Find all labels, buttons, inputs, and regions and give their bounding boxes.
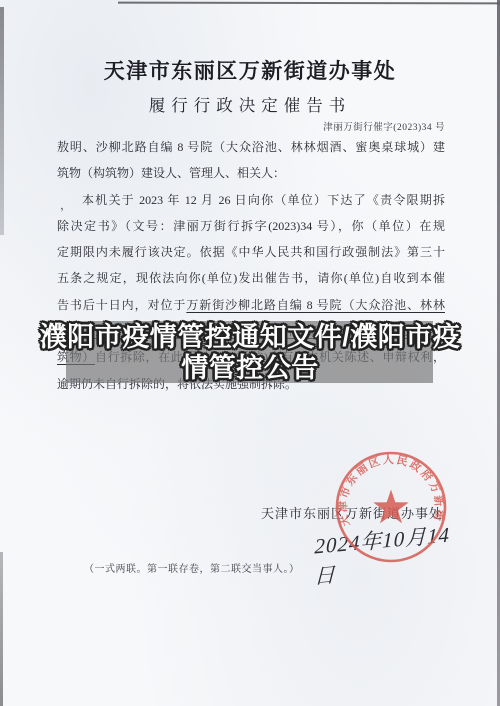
watermark-caption-line2: 情管控公告 <box>0 353 500 384</box>
official-seal-stamp: 天津市东丽区人民政府万新街道办事处 <box>333 449 449 565</box>
body-line: 定期限内未履行该决定。依据《中华人民共和国行政强制法》第三十 <box>57 239 445 265</box>
body-line: 除决定书》（文号：津丽万街行拆字(2023)34 号），你（单位）在规 <box>57 213 445 239</box>
document-type-subtitle: 履行行政决定催告书 <box>0 92 500 116</box>
scan-artifact-mark: ， <box>60 196 72 213</box>
body-text: 五条之规定，现依法向你(单位)发出催告书，请你(单位)自收到本催 <box>57 271 445 285</box>
document-number: 津丽万街行催字(2023)34 号 <box>57 119 445 133</box>
watermark-caption: 濮阳市疫情管控通知文件/濮阳市疫 情管控公告 <box>0 322 500 384</box>
body-text: 敖明、沙柳北路自编 8 号院（大众浴池、林林烟酒、蜜奥桌球城）建 <box>57 140 445 154</box>
body-text: 定期限内未履行该决定。依据《中华人民共和国行政强制法》第三十 <box>57 245 445 259</box>
star-icon <box>373 490 409 524</box>
body-line: 本机关于 2023 年 12 月 26 日向你（单位）下达了《责令限期拆 <box>57 187 445 213</box>
scanned-official-document: 天津市东丽区万新街道办事处 履行行政决定催告书 津丽万街行催字(2023)34 … <box>0 0 500 706</box>
paper-top-edge <box>118 2 500 5</box>
watermark-caption-line1: 濮阳市疫情管控通知文件/濮阳市疫 <box>0 322 500 353</box>
body-text: 筑物（构筑物）建设人、管理人、相关人： <box>57 166 285 180</box>
paper-left-edge-top <box>0 7 4 235</box>
paper-left-edge-bottom <box>0 552 3 706</box>
body-line: 五条之规定，现依法向你(单位)发出催告书，请你(单位)自收到本催 <box>57 265 445 291</box>
body-text: 除决定书》（文号：津丽万街行拆字(2023)34 号），你（单位）在规 <box>57 219 445 233</box>
body-line: 敖明、沙柳北路自编 8 号院（大众浴池、林林烟酒、蜜奥桌球城）建 <box>57 134 445 160</box>
underlined-text: 万新街沙柳北路自编 8 号院（大众浴池、林林 <box>186 298 445 312</box>
distribution-note: （一式两联。第一联存卷，第二联交当事人。） <box>84 560 300 575</box>
body-line: 告书后十日内，对位于万新街沙柳北路自编 8 号院（大众浴池、林林 <box>57 292 445 318</box>
issuing-authority-title: 天津市东丽区万新街道办事处 <box>0 55 500 85</box>
body-text: 告书后十日内，对位于 <box>57 298 186 312</box>
body-line: 筑物（构筑物）建设人、管理人、相关人： <box>57 160 445 186</box>
body-text: 本机关于 2023 年 12 月 26 日向你（单位）下达了《责令限期拆 <box>82 193 445 207</box>
